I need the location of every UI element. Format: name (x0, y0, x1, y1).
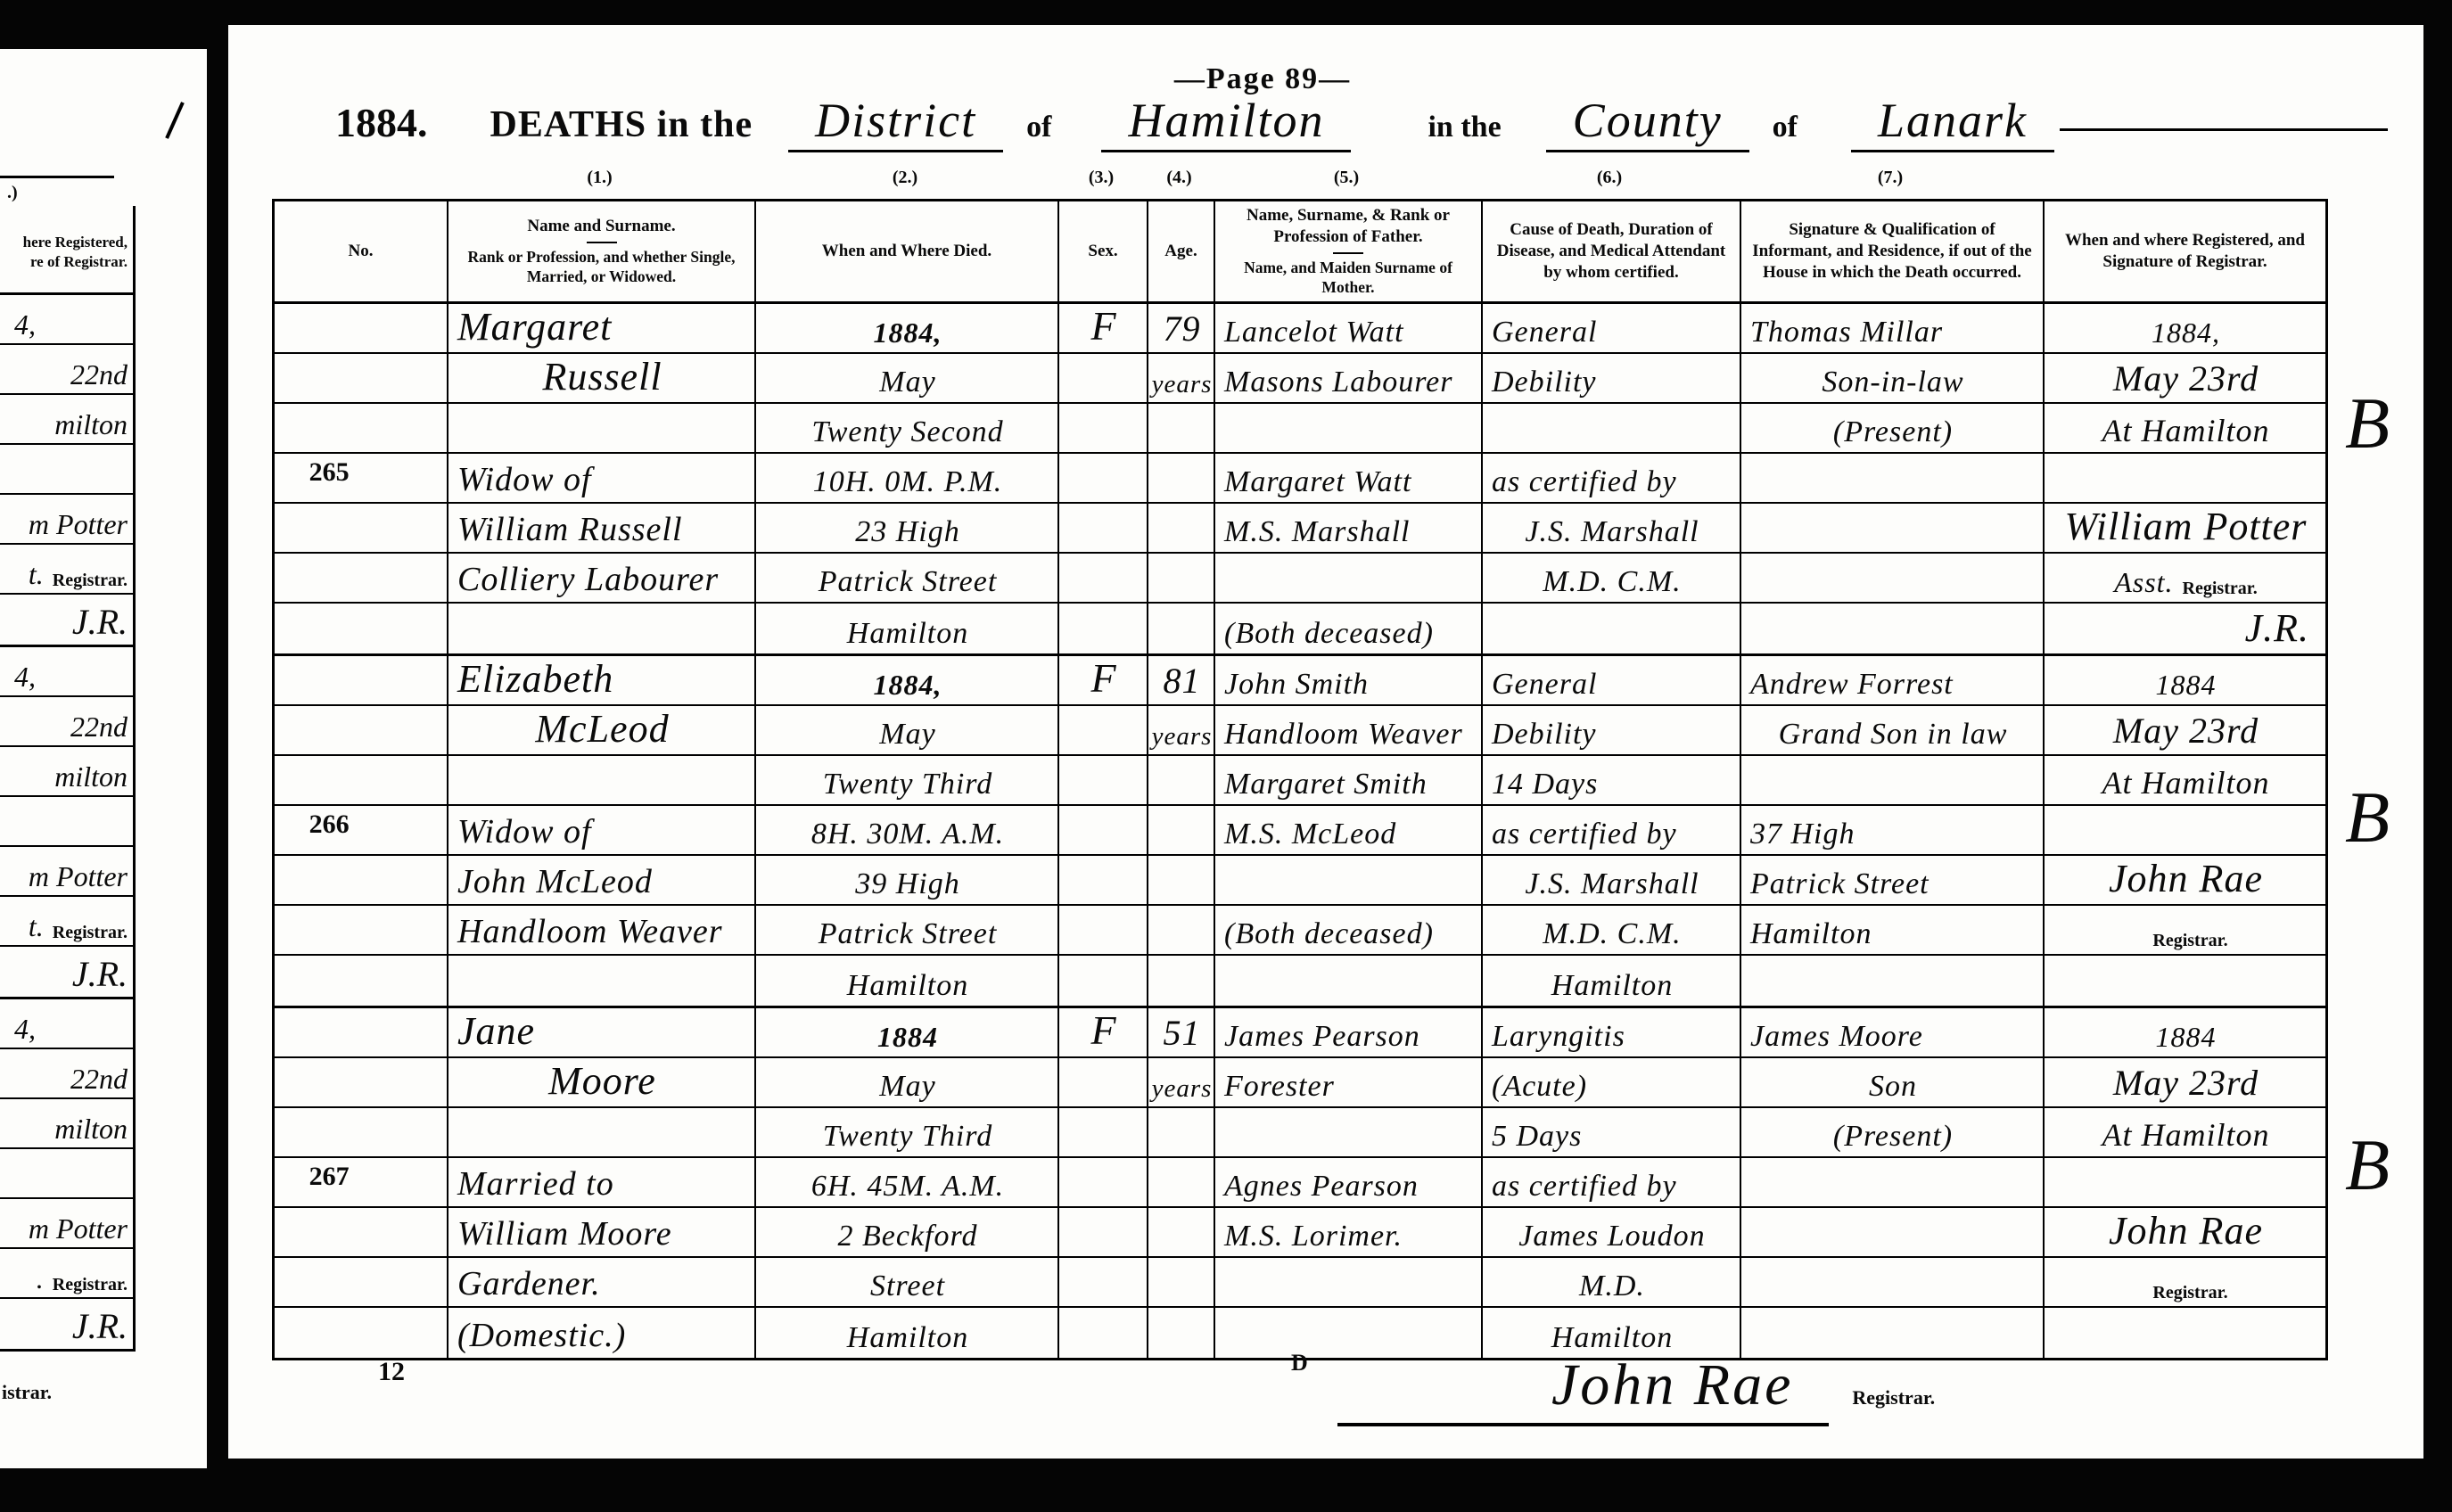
previous-entry-line: t. Registrar. (0, 545, 133, 595)
previous-entry-line: t. Registrar. (0, 897, 133, 947)
entry-line (2045, 1308, 2325, 1358)
header-age-label: Age. (1164, 241, 1197, 262)
entry-line: M.D. (1483, 1258, 1740, 1308)
previous-page-entry: 4,22ndmiltonm Potter. Registrar.J.R. (0, 997, 133, 1349)
entry-line (1148, 1208, 1214, 1258)
entry-line: 6H. 45M. A.M. (756, 1158, 1057, 1208)
entry-line: 79 (1148, 304, 1214, 354)
entry-line: as certified by (1483, 1158, 1740, 1208)
entry-line (1148, 756, 1214, 806)
previous-page-header-fragment: here Registered, re of Registrar. (0, 206, 133, 295)
previous-page-rule (0, 176, 114, 178)
column-number-spacer (272, 168, 446, 188)
entry-line: Hamilton (756, 1308, 1057, 1358)
previous-entry-line: 4, (0, 295, 133, 345)
margin-check-mark: B (2345, 382, 2390, 465)
rule-line (275, 906, 447, 956)
entry-line: William Potter (2045, 504, 2325, 554)
rule-line (275, 956, 447, 1006)
title-prefix: DEATHS in the (490, 103, 753, 146)
title-of: of (1026, 111, 1051, 144)
entry-line: F (1059, 656, 1147, 706)
registrar-signature-label: Registrar. (1852, 1386, 1935, 1409)
rule-line (275, 1258, 447, 1308)
entry-line: Registrar. (2045, 1258, 2325, 1308)
entry-number: 267 (309, 1162, 350, 1192)
entry-line: Street (756, 1258, 1057, 1308)
previous-entry-line: milton (0, 747, 133, 797)
previous-header-line: re of Registrar. (0, 252, 128, 272)
entry-line: At Hamilton (2045, 404, 2325, 454)
entry-line (1741, 1208, 2043, 1258)
entry-line (1148, 404, 1214, 454)
previous-entry-line (0, 1149, 133, 1199)
entry-died-cell: 1884,MayTwenty Third8H. 30M. A.M.39 High… (756, 656, 1059, 1006)
entry-sex-cell: F (1059, 656, 1148, 1006)
line-script-text: t. (29, 558, 44, 591)
entry-line: Agnes Pearson (1215, 1158, 1481, 1208)
entry-line: Married to (448, 1158, 754, 1208)
entry-line: Handloom Weaver (448, 906, 754, 956)
previous-entry-line: J.R. (0, 595, 133, 645)
header-cause-label: Cause of Death, Duration of Disease, and… (1490, 219, 1732, 283)
previous-entry-line: milton (0, 395, 133, 445)
county-value-script: Lanark (1851, 93, 2054, 152)
previous-entry-line: m Potter (0, 495, 133, 545)
entry-line (1059, 706, 1147, 756)
entry-line: Margaret Smith (1215, 756, 1481, 806)
entry-line: Hamilton (756, 956, 1057, 1006)
entry-line (1148, 856, 1214, 906)
entry-informant-cell: James MooreSon(Present) (1741, 1008, 2045, 1358)
entry-no-cell: 267 (275, 1008, 448, 1358)
header-cause: Cause of Death, Duration of Disease, and… (1483, 201, 1741, 301)
entry-no-cell: 266 (275, 656, 448, 1006)
rule-line (275, 756, 447, 806)
rule-line (275, 554, 447, 604)
entry-line: Twenty Second (756, 404, 1057, 454)
entry-parents-cell: James PearsonForesterAgnes PearsonM.S. L… (1215, 1008, 1483, 1358)
entry-line (1215, 956, 1481, 1006)
register-entry: 267JaneMooreMarried toWilliam MooreGarde… (275, 1006, 2325, 1358)
entry-line (1059, 1158, 1147, 1208)
register-entry: 265MargaretRussellWidow ofWilliam Russel… (275, 301, 2325, 653)
entry-line (1059, 1208, 1147, 1258)
entry-no-cell: 265 (275, 304, 448, 653)
entry-line: years (1148, 354, 1214, 404)
header-no: No. (275, 201, 448, 301)
entry-line (2045, 956, 2325, 1006)
entry-line (1148, 906, 1214, 956)
entry-line: Andrew Forrest (1741, 656, 2043, 706)
entry-died-cell: 1884MayTwenty Third6H. 45M. A.M.2 Beckfo… (756, 1008, 1059, 1358)
entry-line: John Smith (1215, 656, 1481, 706)
entry-line: Hamilton (1741, 906, 2043, 956)
entry-line: (Domestic.) (448, 1308, 754, 1358)
entry-line: William Moore (448, 1208, 754, 1258)
entry-line: years (1148, 1058, 1214, 1108)
entry-line: 1884 (2045, 656, 2325, 706)
rule-line (275, 354, 447, 404)
entry-line (448, 604, 754, 653)
registrar-printed-label: Registrar. (2152, 1283, 2227, 1303)
entry-line: M.S. Marshall (1215, 504, 1481, 554)
previous-entry-line: . Registrar. (0, 1249, 133, 1299)
column-number: (2.) (753, 168, 1057, 188)
margin-check-mark: B (2345, 776, 2390, 859)
entry-age-cell: 81years (1148, 656, 1215, 1006)
entry-line (1483, 404, 1740, 454)
entry-line: Patrick Street (756, 554, 1057, 604)
entry-line (1148, 1258, 1214, 1308)
entry-line: (Acute) (1483, 1058, 1740, 1108)
entry-line: 1884, (756, 656, 1057, 706)
registrar-signature: John Rae (1337, 1352, 1829, 1426)
entry-line (1483, 604, 1740, 653)
entry-line: (Both deceased) (1215, 604, 1481, 653)
registrar-printed-label: Registrar. (2152, 931, 2227, 951)
title-of: of (1773, 111, 1798, 144)
header-name-sub: Rank or Profession, and whether Single, … (456, 248, 747, 287)
entry-line: Handloom Weaver (1215, 706, 1481, 756)
entry-line (1215, 856, 1481, 906)
previous-entry-line: 22nd (0, 697, 133, 747)
entry-line (448, 756, 754, 806)
entry-number: 265 (309, 457, 350, 488)
header-informant: Signature & Qualification of Informant, … (1741, 201, 2045, 301)
entry-line: Elizabeth (448, 656, 754, 706)
previous-entry-line: milton (0, 1099, 133, 1149)
entry-cause-cell: GeneralDebility14 Daysas certified byJ.S… (1483, 656, 1741, 1006)
entry-line: McLeod (448, 706, 754, 756)
entry-line (448, 1108, 754, 1158)
previous-page-entry: 4,22ndmiltonm Pottert. Registrar.J.R. (0, 645, 133, 997)
entry-line: Hamilton (1483, 956, 1740, 1006)
table-header-row: No. Name and Surname. Rank or Profession… (275, 201, 2325, 301)
entry-registered-cell: 1884May 23rdAt HamiltonJohn RaeRegistrar… (2045, 656, 2325, 1006)
entry-line: Russell (448, 354, 754, 404)
entry-line (1741, 1308, 2043, 1358)
district-value-script: Hamilton (1101, 93, 1351, 152)
margin-check-mark: B (2345, 1123, 2390, 1207)
header-informant-label: Signature & Qualification of Informant, … (1748, 219, 2036, 283)
entry-line (1059, 756, 1147, 806)
entry-line (1741, 1258, 2043, 1308)
entry-line (1148, 554, 1214, 604)
entry-line (2045, 1158, 2325, 1208)
entry-line (1059, 906, 1147, 956)
entry-line: James Pearson (1215, 1008, 1481, 1058)
entry-line (2045, 806, 2325, 856)
entry-line: 2 Beckford (756, 1208, 1057, 1258)
entry-line: May 23rd (2045, 1058, 2325, 1108)
entry-line (1059, 1308, 1147, 1358)
entry-line: 14 Days (1483, 756, 1740, 806)
entry-line: Thomas Millar (1741, 304, 2043, 354)
rule-line (275, 656, 447, 706)
entry-line: 1884 (756, 1008, 1057, 1058)
entry-line: Asst. Registrar. (2045, 554, 2325, 604)
entry-line (1059, 404, 1147, 454)
title-rule-tail (2060, 127, 2388, 131)
header-age: Age. (1148, 201, 1215, 301)
entry-line: Margaret Watt (1215, 454, 1481, 504)
header-dash (587, 242, 617, 243)
rule-line (275, 454, 447, 504)
line-script-text: Asst. (2114, 566, 2173, 599)
entry-line (1148, 1308, 1214, 1358)
column-number: (6.) (1480, 168, 1739, 188)
entry-line (1148, 806, 1214, 856)
entry-line: Twenty Third (756, 1108, 1057, 1158)
entry-line: Widow of (448, 806, 754, 856)
previous-entry-line: 22nd (0, 1049, 133, 1099)
registrar-printed-label: Registrar. (2183, 579, 2258, 599)
entry-line: 23 High (756, 504, 1057, 554)
registrar-printed-label: Registrar. (53, 571, 128, 591)
rule-line (275, 1208, 447, 1258)
header-sex-label: Sex. (1088, 241, 1117, 262)
entry-line: years (1148, 706, 1214, 756)
previous-entry-line: m Potter (0, 847, 133, 897)
entry-line: J.S. Marshall (1483, 504, 1740, 554)
entry-cause-cell: GeneralDebilityas certified byJ.S. Marsh… (1483, 304, 1741, 653)
rule-line (275, 1108, 447, 1158)
footer-letter-mark: D (1291, 1350, 1308, 1376)
entry-line: J.R. (2045, 604, 2325, 653)
header-name: Name and Surname. Rank or Profession, an… (448, 201, 756, 301)
header-name-label: Name and Surname. (527, 216, 675, 237)
previous-entry-line: 4, (0, 999, 133, 1049)
rule-line (275, 1058, 447, 1108)
entry-line (1059, 1258, 1147, 1308)
rule-line (275, 1008, 447, 1058)
entry-line: 10H. 0M. P.M. (756, 454, 1057, 504)
entry-line (1059, 554, 1147, 604)
previous-page-table-fragment: here Registered, re of Registrar. 4,22nd… (0, 206, 136, 1352)
line-script-text: . (37, 1262, 44, 1295)
entry-line: John Rae (2045, 856, 2325, 906)
entry-line (1059, 856, 1147, 906)
entry-line: M.D. C.M. (1483, 554, 1740, 604)
header-parents-sub: Name, and Maiden Surname of Mother. (1222, 259, 1474, 298)
entry-cause-cell: Laryngitis(Acute)5 Daysas certified byJa… (1483, 1008, 1741, 1358)
header-no-label: No. (349, 241, 374, 262)
entry-line (1059, 454, 1147, 504)
entry-line (1059, 1058, 1147, 1108)
entry-line (1059, 604, 1147, 653)
ink-flourish (165, 102, 185, 139)
column-number-row: (1.) (2.) (3.) (4.) (5.) (6.) (7.) (272, 168, 2323, 188)
entry-sex-cell: F (1059, 304, 1148, 653)
entry-line: (Present) (1741, 1108, 2043, 1158)
entries: 265MargaretRussellWidow ofWilliam Russel… (275, 301, 2325, 1358)
entry-parents-cell: Lancelot WattMasons LabourerMargaret Wat… (1215, 304, 1483, 653)
entry-line: M.S. Lorimer. (1215, 1208, 1481, 1258)
entry-line: May (756, 1058, 1057, 1108)
rule-line (275, 1158, 447, 1208)
entry-line: 1884 (2045, 1008, 2325, 1058)
entry-line (1741, 1158, 2043, 1208)
registrar-printed-label: Registrar. (53, 923, 128, 943)
previous-header-line: here Registered, (0, 233, 128, 252)
entry-line: May 23rd (2045, 706, 2325, 756)
header-sex: Sex. (1059, 201, 1148, 301)
entry-line (1741, 604, 2043, 653)
sheet-number: 12 (378, 1357, 405, 1387)
rule-line (275, 304, 447, 354)
entry-registered-cell: 1884May 23rdAt HamiltonJohn RaeRegistrar… (2045, 1008, 2325, 1358)
entry-parents-cell: John SmithHandloom WeaverMargaret SmithM… (1215, 656, 1483, 1006)
line-script-text: t. (29, 910, 44, 943)
entry-line: 39 High (756, 856, 1057, 906)
previous-entry-line: J.R. (0, 1299, 133, 1349)
entry-line (1059, 354, 1147, 404)
entry-line: General (1483, 304, 1740, 354)
entry-line: Laryngitis (1483, 1008, 1740, 1058)
entry-line: 81 (1148, 656, 1214, 706)
entry-line (448, 404, 754, 454)
entry-line (1741, 504, 2043, 554)
header-registered-label: When and where Registered, and Signature… (2052, 230, 2318, 273)
entry-line: 51 (1148, 1008, 1214, 1058)
entry-line: Hamilton (1483, 1308, 1740, 1358)
entry-line: Registrar. (2045, 906, 2325, 956)
entry-line: as certified by (1483, 454, 1740, 504)
entry-line (1148, 956, 1214, 1006)
entry-line: Debility (1483, 706, 1740, 756)
entry-died-cell: 1884,MayTwenty Second10H. 0M. P.M.23 Hig… (756, 304, 1059, 653)
column-number: (7.) (1739, 168, 2042, 188)
entry-line: Lancelot Watt (1215, 304, 1481, 354)
entry-line (1741, 956, 2043, 1006)
entry-line: James Moore (1741, 1008, 2043, 1058)
entry-line: 5 Days (1483, 1108, 1740, 1158)
rule-line (275, 856, 447, 906)
entry-line: May (756, 706, 1057, 756)
entry-line: Forester (1215, 1058, 1481, 1108)
previous-entry-line (0, 445, 133, 495)
entry-line (1148, 1158, 1214, 1208)
register-table: No. Name and Surname. Rank or Profession… (272, 199, 2328, 1360)
entry-line (1148, 454, 1214, 504)
entry-line: Jane (448, 1008, 754, 1058)
entry-name-cell: ElizabethMcLeodWidow ofJohn McLeodHandlo… (448, 656, 756, 1006)
entry-line: (Both deceased) (1215, 906, 1481, 956)
entry-line (1215, 1258, 1481, 1308)
entry-line: (Present) (1741, 404, 2043, 454)
register-entry: 266ElizabethMcLeodWidow ofJohn McLeodHan… (275, 653, 2325, 1006)
previous-page-registrar-fragment: istrar. (2, 1381, 52, 1404)
entry-line: General (1483, 656, 1740, 706)
entry-name-cell: JaneMooreMarried toWilliam MooreGardener… (448, 1008, 756, 1358)
entry-line (2045, 454, 2325, 504)
entry-sex-cell: F (1059, 1008, 1148, 1358)
header-parents: Name, Surname, & Rank or Profession of F… (1215, 201, 1483, 301)
entry-line: At Hamilton (2045, 756, 2325, 806)
entry-line: John McLeod (448, 856, 754, 906)
previous-entry-line: m Potter (0, 1199, 133, 1249)
entry-line (1059, 504, 1147, 554)
entry-line: James Loudon (1483, 1208, 1740, 1258)
header-registered: When and where Registered, and Signature… (2045, 201, 2325, 301)
page-title: 1884. DEATHS in the District of Hamilton… (335, 93, 2388, 152)
column-number: (3.) (1057, 168, 1146, 188)
entry-line: 1884, (756, 304, 1057, 354)
entry-line (1741, 756, 2043, 806)
entry-line: Moore (448, 1058, 754, 1108)
previous-page-entries: 4,22ndmiltonm Pottert. Registrar.J.R.4,2… (0, 295, 133, 1349)
rule-line (275, 604, 447, 653)
column-number: (1.) (446, 168, 753, 188)
register-page: —Page 89— 1884. DEATHS in the District o… (228, 25, 2423, 1459)
entry-line: Son-in-law (1741, 354, 2043, 404)
entry-line: Masons Labourer (1215, 354, 1481, 404)
entry-line: William Russell (448, 504, 754, 554)
previous-entry-line: 4, (0, 647, 133, 697)
entry-line: Hamilton (756, 604, 1057, 653)
entry-age-cell: 51years (1148, 1008, 1215, 1358)
entry-line: F (1059, 1008, 1147, 1058)
entry-informant-cell: Thomas MillarSon-in-law(Present) (1741, 304, 2045, 653)
entry-line: May (756, 354, 1057, 404)
entry-line: 1884, (2045, 304, 2325, 354)
column-number-spacer (2042, 168, 2323, 188)
entry-line: John Rae (2045, 1208, 2325, 1258)
entry-line: Debility (1483, 354, 1740, 404)
county-label-script: County (1546, 93, 1749, 152)
entry-informant-cell: Andrew ForrestGrand Son in law37 HighPat… (1741, 656, 2045, 1006)
previous-page-fragment: .) here Registered, re of Registrar. 4,2… (0, 49, 207, 1468)
entry-line: F (1059, 304, 1147, 354)
column-number: (5.) (1213, 168, 1480, 188)
previous-entry-line: 22nd (0, 345, 133, 395)
title-in-the: in the (1428, 111, 1501, 144)
entry-line (1741, 554, 2043, 604)
title-year: 1884. (335, 99, 428, 146)
entry-line (1215, 554, 1481, 604)
entry-line: At Hamilton (2045, 1108, 2325, 1158)
entry-line: Widow of (448, 454, 754, 504)
entry-line: Twenty Third (756, 756, 1057, 806)
entry-line: Margaret (448, 304, 754, 354)
entry-line (1148, 604, 1214, 653)
page-number-heading: —Page 89— (228, 62, 2297, 96)
entry-line: 37 High (1741, 806, 2043, 856)
rule-line (275, 806, 447, 856)
previous-entry-line: J.R. (0, 947, 133, 997)
entry-line: May 23rd (2045, 354, 2325, 404)
rule-line (275, 1308, 447, 1358)
entry-line (1059, 806, 1147, 856)
column-number: (4.) (1146, 168, 1213, 188)
entry-line: as certified by (1483, 806, 1740, 856)
registrar-signature-block: John Rae Registrar. (1337, 1352, 1935, 1426)
header-died: When and Where Died. (756, 201, 1059, 301)
entry-line (1148, 1108, 1214, 1158)
entry-line (1059, 956, 1147, 1006)
rule-line (275, 504, 447, 554)
entry-registered-cell: 1884,May 23rdAt HamiltonWilliam PotterAs… (2045, 304, 2325, 653)
district-label-script: District (788, 93, 1003, 152)
entry-line (1215, 404, 1481, 454)
entry-line: 8H. 30M. A.M. (756, 806, 1057, 856)
entry-line (1741, 454, 2043, 504)
registrar-printed-label: Registrar. (53, 1275, 128, 1295)
header-parents-label: Name, Surname, & Rank or Profession of F… (1222, 205, 1474, 248)
entry-line: J.S. Marshall (1483, 856, 1740, 906)
entry-line: Patrick Street (756, 906, 1057, 956)
